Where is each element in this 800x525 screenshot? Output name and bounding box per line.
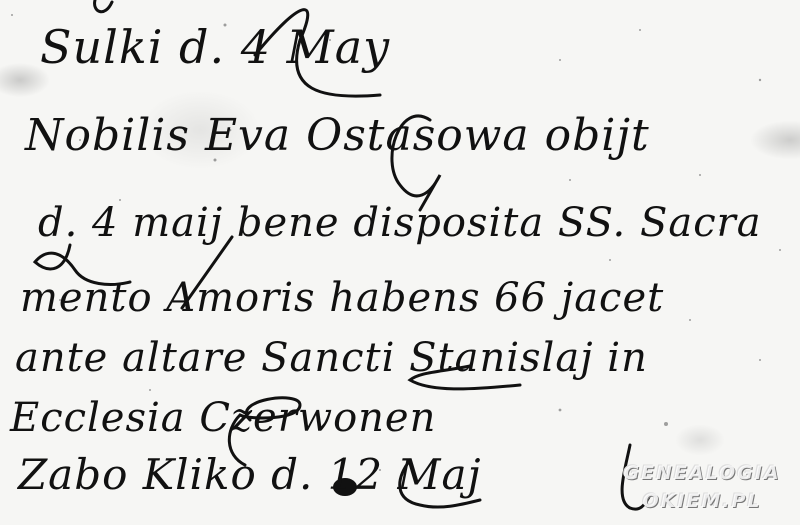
manuscript-page: Sulki d. 4 May Nobilis Eva Ostasowa obij… xyxy=(0,0,800,525)
paper-texture xyxy=(0,0,800,525)
entry-line-2: Nobilis Eva Ostasowa obijt xyxy=(25,110,650,161)
watermark-line-2: OKIEM.PL xyxy=(612,490,792,512)
entry-line-5: ante altare Sancti Stanislaj in xyxy=(15,335,648,381)
entry-line-3: d. 4 maij bene disposita SS. Sacra xyxy=(38,200,762,246)
entry-line-7: Zabo Kliko d. 12 Maj xyxy=(18,450,482,499)
entry-line-6: Ecclesia Czerwonen xyxy=(10,395,436,441)
watermark: GENEALOGIA OKIEM.PL xyxy=(612,462,792,512)
entry-line-1: Sulki d. 4 May xyxy=(40,20,390,74)
entry-line-4: mento Amoris habens 66 jacet xyxy=(20,275,664,321)
watermark-line-1: GENEALOGIA xyxy=(612,462,792,484)
